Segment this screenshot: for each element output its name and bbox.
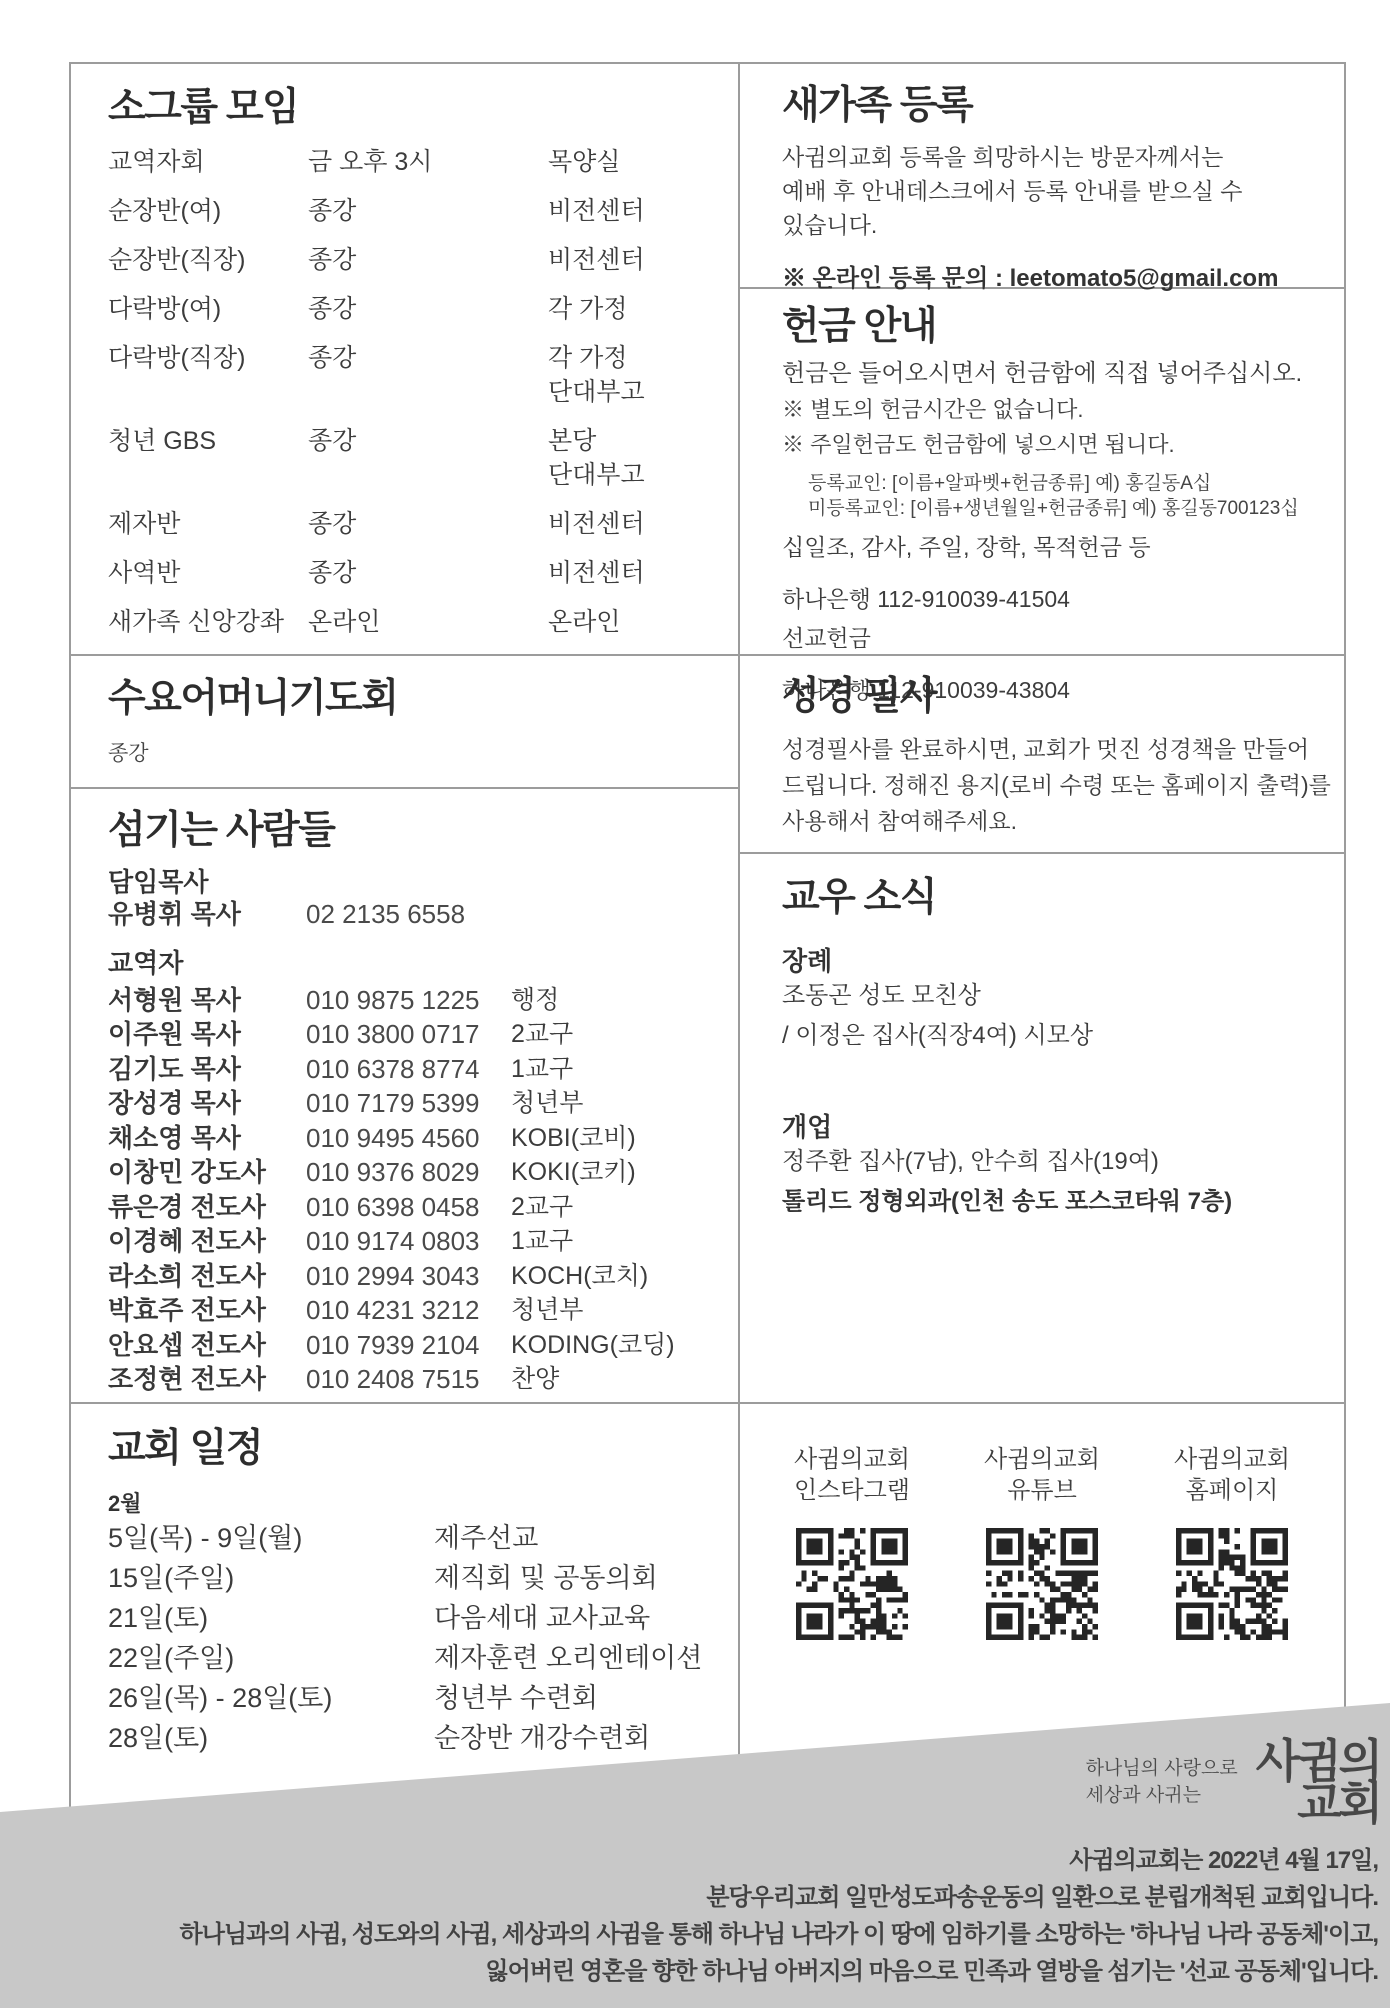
small-group-row: 제자반 종강 비전센터 <box>108 507 718 541</box>
section-small-groups: 소그룹 모임 교역자회 금 오후 3시 목양실 순장반(여) 종강 비전센터 순… <box>69 62 738 639</box>
homepage-qr-code-icon <box>1176 1528 1288 1640</box>
schedule-row: 28일(토) 순장반 개강수련회 <box>108 1718 718 1758</box>
small-group-row: 사역반 종강 비전센터 <box>108 556 718 590</box>
offering-account-general: 십일조, 감사, 주일, 장학, 목적헌금 등 하나은행 112-910039-… <box>782 534 1330 612</box>
opening-line: 정주환 집사(7남), 안수희 집사(19여) <box>782 1142 1328 1182</box>
small-group-row: 다락방(직장) 종강 각 가정 단대부고 <box>108 341 718 409</box>
staff-row: 이주원 목사 010 3800 0717 2교구 <box>108 1017 718 1052</box>
offering-intro: 헌금은 들어오시면서 헌금함에 직접 넣어주십시오. <box>782 359 1330 389</box>
small-groups-title: 소그룹 모임 <box>108 86 718 130</box>
offering-note: ※ 주일헌금도 헌금함에 넣으시면 됩니다. <box>782 431 1330 459</box>
member-news-title: 교우 소식 <box>782 876 1328 920</box>
ministers-label: 교역자 <box>108 948 718 978</box>
section-new-family: 새가족 등록 사귐의교회 등록을 희망하시는 방문자께서는 예배 후 안내데스크… <box>738 62 1346 293</box>
section-schedule: 교회 일정 2월 5일(목) - 9일(월) 제주선교 15일(주일) 제직회 … <box>69 1403 738 1758</box>
staff-row: 조정현 전도사 010 2408 7515 찬양 <box>108 1362 718 1397</box>
ministers-list: 서형원 목사 010 9875 1225 행정 이주원 목사 010 3800 … <box>108 983 718 1397</box>
small-group-row: 새가족 신앙강좌 온라인 온라인 <box>108 605 718 639</box>
church-tagline: 하나님의 사랑으로 세상과 사귀는 <box>1086 1755 1238 1809</box>
section-qr-links: 사귐의교회 인스타그램 사귐의교회 유튜브 사귐의교회 홈페이지 <box>738 1402 1346 1645</box>
church-logo-wordmark: 사귐의 교회 <box>1256 1740 1380 1824</box>
qr-youtube: 사귐의교회 유튜브 <box>964 1444 1120 1645</box>
church-description: 사귐의교회는 2022년 4월 17일, 분당우리교회 일만성도파송운동의 일환… <box>18 1842 1378 1990</box>
wednesday-prayer-status: 종강 <box>108 737 718 767</box>
staff-row: 채소영 목사 010 9495 4560 KOBI(코비) <box>108 1121 718 1156</box>
qr-homepage-label: 사귐의교회 홈페이지 <box>1154 1444 1310 1506</box>
offering-deposit-examples: 등록교인: [이름+알파벳+헌금종류] 예) 홍길동A십 미등록교인: [이름+… <box>808 471 1330 521</box>
funeral-line: / 이정은 집사(직장4여) 시모상 <box>782 1016 1328 1056</box>
section-member-news: 교우 소식 장례 조동곤 성도 모친상 / 이정은 집사(직장4여) 시모상 개… <box>738 852 1346 1222</box>
new-family-title: 새가족 등록 <box>782 84 1328 128</box>
section-staff: 섬기는 사람들 담임목사 유병휘 목사 02 2135 6558 교역자 서형원… <box>69 787 738 1397</box>
schedule-row: 26일(목) - 28일(토) 청년부 수련회 <box>108 1678 718 1718</box>
qr-instagram: 사귐의교회 인스타그램 <box>774 1444 930 1645</box>
staff-row: 이창민 강도사 010 9376 8029 KOKI(코키) <box>108 1155 718 1190</box>
section-bible-transcription: 성경 필사 성경필사를 완료하시면, 교회가 멋진 성경책을 만들어 드립니다.… <box>738 653 1346 839</box>
staff-row: 라소희 전도사 010 2994 3043 KOCH(코치) <box>108 1259 718 1294</box>
small-group-row: 교역자회 금 오후 3시 목양실 <box>108 145 718 179</box>
staff-title: 섬기는 사람들 <box>108 809 718 853</box>
schedule-row: 5일(목) - 9일(월) 제주선교 <box>108 1518 718 1558</box>
staff-row: 이경혜 전도사 010 9174 0803 1교구 <box>108 1224 718 1259</box>
wednesday-prayer-title: 수요어머니기도회 <box>108 677 718 721</box>
bible-transcription-body: 성경필사를 완료하시면, 교회가 멋진 성경책을 만들어 드립니다. 정해진 용… <box>782 731 1332 839</box>
small-group-row: 순장반(직장) 종강 비전센터 <box>108 243 718 277</box>
staff-row: 김기도 목사 010 6378 8774 1교구 <box>108 1052 718 1087</box>
bible-transcription-title: 성경 필사 <box>782 675 1332 719</box>
funeral-label: 장례 <box>782 946 1328 976</box>
youtube-qr-code-icon <box>986 1528 1098 1640</box>
staff-row: 서형원 목사 010 9875 1225 행정 <box>108 983 718 1018</box>
bulletin-page: 소그룹 모임 교역자회 금 오후 3시 목양실 순장반(여) 종강 비전센터 순… <box>0 0 1390 2008</box>
staff-row: 안요셉 전도사 010 7939 2104 KODING(코딩) <box>108 1328 718 1363</box>
qr-homepage: 사귐의교회 홈페이지 <box>1154 1444 1310 1645</box>
schedule-title: 교회 일정 <box>108 1427 718 1471</box>
offering-note: ※ 별도의 헌금시간은 없습니다. <box>782 396 1330 424</box>
lead-pastor-row: 유병휘 목사 02 2135 6558 <box>108 897 718 932</box>
section-offering: 헌금 안내 헌금은 들어오시면서 헌금함에 직접 넣어주십시오. ※ 별도의 헌… <box>738 287 1346 703</box>
section-wednesday-prayer: 수요어머니기도회 종강 <box>69 655 738 767</box>
schedule-row: 22일(주일) 제자훈련 오리엔테이션 <box>108 1638 718 1678</box>
schedule-row: 15일(주일) 제직회 및 공동의회 <box>108 1558 718 1598</box>
small-group-row: 순장반(여) 종강 비전센터 <box>108 194 718 228</box>
new-family-body: 사귐의교회 등록을 희망하시는 방문자께서는 예배 후 안내데스크에서 등록 안… <box>782 140 1328 242</box>
small-group-row: 청년 GBS 종강 본당 단대부고 <box>108 424 718 492</box>
qr-youtube-label: 사귐의교회 유튜브 <box>964 1444 1120 1506</box>
funeral-line: 조동곤 성도 모친상 <box>782 976 1328 1016</box>
staff-row: 장성경 목사 010 7179 5399 청년부 <box>108 1086 718 1121</box>
church-logo: 하나님의 사랑으로 세상과 사귀는 사귐의 교회 <box>1086 1740 1380 1824</box>
qr-instagram-label: 사귐의교회 인스타그램 <box>774 1444 930 1506</box>
opening-clinic-name: 톨리드 정형외과(인천 송도 포스코타워 7층) <box>782 1182 1328 1222</box>
offering-title: 헌금 안내 <box>782 305 1330 349</box>
instagram-qr-code-icon <box>796 1528 908 1640</box>
lead-pastor-label: 담임목사 <box>108 867 718 897</box>
staff-row: 박효주 전도사 010 4231 3212 청년부 <box>108 1293 718 1328</box>
bank-account-number: 하나은행 112-910039-41504 <box>782 586 1070 612</box>
schedule-month: 2월 <box>108 1487 718 1518</box>
small-group-row: 다락방(여) 종강 각 가정 <box>108 292 718 326</box>
staff-row: 류은경 전도사 010 6398 0458 2교구 <box>108 1190 718 1225</box>
opening-label: 개업 <box>782 1112 1328 1142</box>
schedule-row: 21일(토) 다음세대 교사교육 <box>108 1598 718 1638</box>
